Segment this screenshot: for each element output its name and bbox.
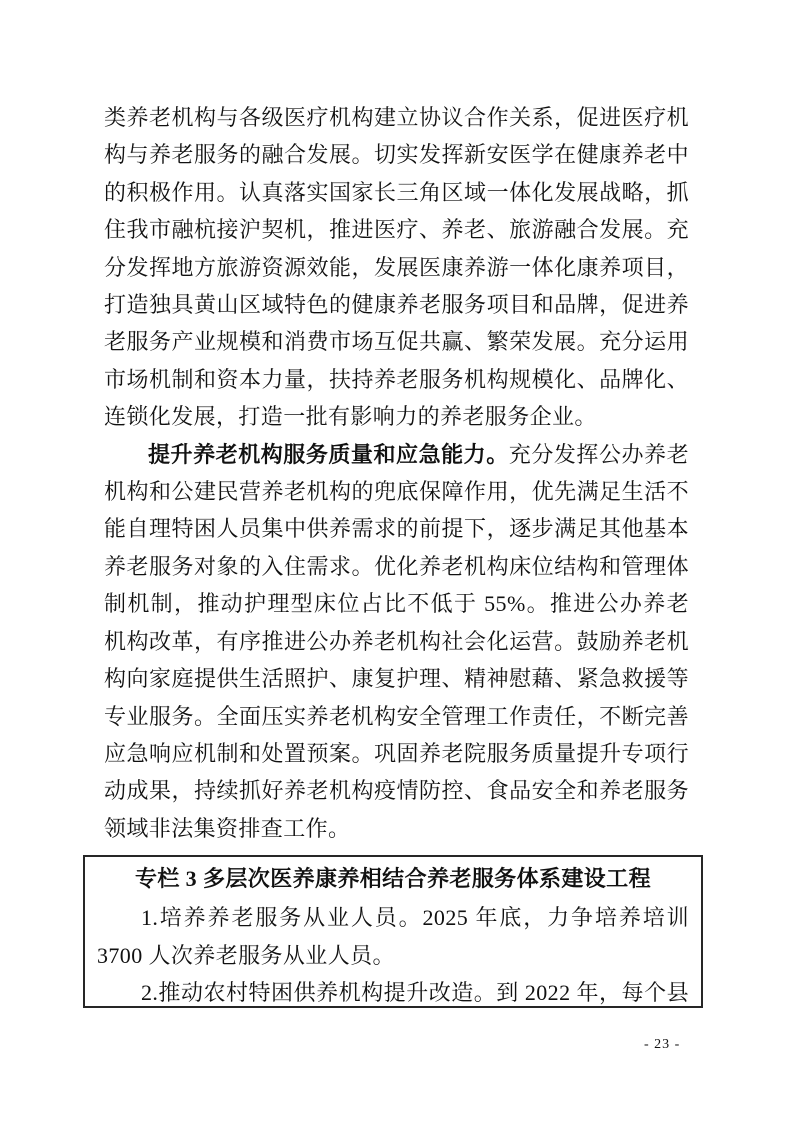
- page-number: - 23 -: [644, 1037, 680, 1053]
- callout-title: 专栏 3 多层次医养康养相结合养老服务体系建设工程: [97, 859, 689, 899]
- callout-box-column-3: 专栏 3 多层次医养康养相结合养老服务体系建设工程 1.培养养老服务从业人员。2…: [83, 855, 703, 1008]
- callout-item-1: 1.培养养老服务从业人员。2025 年底，力争培养培训 3700 人次养老服务从…: [97, 899, 689, 974]
- paragraph-service-quality: 提升养老机构服务质量和应急能力。充分发挥公办养老机构和公建民营养老机构的兜底保障…: [104, 436, 689, 847]
- paragraph-lead-bold: 提升养老机构服务质量和应急能力。: [148, 442, 509, 467]
- body-text: 类养老机构与各级医疗机构建立协议合作关系，促进医疗机构与养老服务的融合发展。切实…: [104, 99, 689, 847]
- paragraph-continuation: 类养老机构与各级医疗机构建立协议合作关系，促进医疗机构与养老服务的融合发展。切实…: [104, 99, 689, 436]
- paragraph-body: 充分发挥公办养老机构和公建民营养老机构的兜底保障作用，优先满足生活不能自理特困人…: [104, 442, 689, 841]
- document-page: 类养老机构与各级医疗机构建立协议合作关系，促进医疗机构与养老服务的融合发展。切实…: [0, 0, 793, 1122]
- callout-item-2: 2.推动农村特困供养机构提升改造。到 2022 年，每个县至: [97, 974, 689, 1008]
